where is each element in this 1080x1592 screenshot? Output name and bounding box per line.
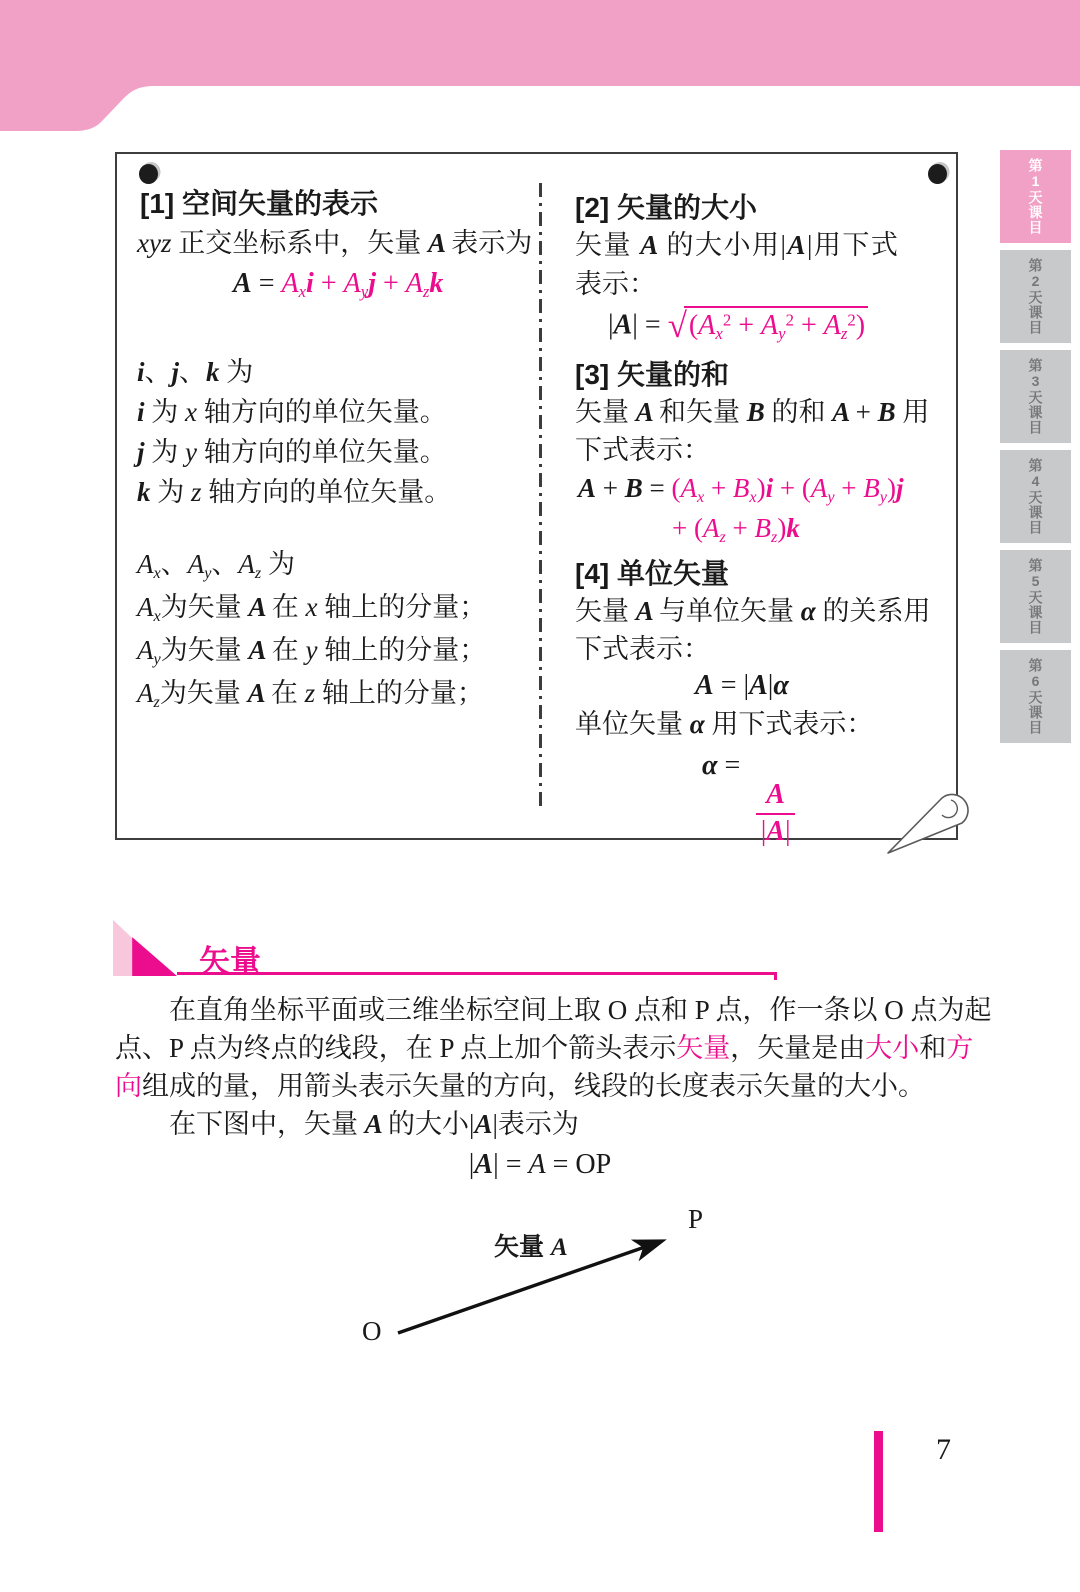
tab-day-2: 第2天课目 — [1000, 250, 1071, 343]
diagram-origin-label: O — [362, 1314, 382, 1349]
paragraph-line-1: 在直角坐标平面或三维坐标空间上取 O 点和 P 点，作一条以 O 点为起 — [169, 993, 992, 1028]
box-line-sum: 矢量 A 和矢量 B 的和 A + B 用 — [575, 395, 929, 430]
section-underline-tick — [774, 972, 777, 980]
tab-day-6: 第6天课目 — [1000, 650, 1071, 743]
formula-unit-vector: α = A|A| — [702, 748, 795, 848]
formula-magnitude-radicand: (Ax2 + Ay2 + Az2) — [684, 306, 868, 344]
formula-sum-line1: A + B = (Ax + Bx)i + (Ay + By)j — [578, 471, 903, 508]
binder-dot-left — [139, 164, 158, 184]
box-line-i: i 为 x 轴方向的单位矢量。 — [137, 395, 447, 430]
box-line-unit-2: 下式表示： — [575, 632, 710, 667]
section-underline — [177, 972, 776, 975]
fraction-numerator: A — [756, 779, 795, 814]
paragraph-line-4: 在下图中，矢量 A 的大小|A|表示为 — [169, 1107, 579, 1142]
formula-vector-components: A = Axi + Ayj + Azk — [233, 266, 443, 303]
box-line-xyz: xyz 正交坐标系中，矢量 A 表示为 — [137, 226, 532, 261]
tab-day-4: 第4天课目 — [1000, 450, 1071, 543]
box-heading-1: [1] 空间矢量的表示 — [140, 186, 378, 222]
box-line-sum-2: 下式表示： — [575, 433, 710, 468]
box-line-size: 矢量 A 的大小用|A|用下式 — [575, 228, 899, 263]
box-line-unit-3: 单位矢量 α 用下式表示： — [575, 707, 873, 742]
header-band — [0, 0, 1080, 132]
paragraph-line-2: 点、P 点为终点的线段，在 P 点上加个箭头表示矢量，矢量是由大小和方 — [115, 1031, 973, 1066]
tab-day-5: 第5天课目 — [1000, 550, 1071, 643]
tab-day-3: 第3天课目 — [1000, 350, 1071, 443]
box-line-j: j 为 y 轴方向的单位矢量。 — [137, 435, 447, 470]
box-line-az: Az为矢量 A 在 z 轴上的分量； — [137, 676, 484, 713]
box-heading-3: [3] 矢量的和 — [575, 357, 729, 393]
box-line-size-2: 表示： — [575, 267, 656, 302]
box-line-k: k 为 z 轴方向的单位矢量。 — [137, 475, 451, 510]
summary-box: [1] 空间矢量的表示 xyz 正交坐标系中，矢量 A 表示为 A = Axi … — [115, 152, 958, 840]
box-line-ay: Ay为矢量 A 在 y 轴上的分量； — [137, 633, 486, 670]
box-line-ax: Ax为矢量 A 在 x 轴上的分量； — [137, 590, 486, 627]
binder-dot-right — [928, 164, 947, 184]
formula-unit-relation: A = |A|α — [695, 668, 789, 704]
box-heading-2: [2] 矢量的大小 — [575, 190, 757, 226]
footer-accent-bar — [874, 1431, 883, 1532]
diagram-vector-label: 矢量 A — [494, 1231, 568, 1265]
box-heading-4: [4] 单位矢量 — [575, 556, 729, 592]
diagram-point-label: P — [688, 1202, 703, 1237]
formula-op: |A| = A = OP — [0, 1147, 1080, 1183]
section-marker — [113, 918, 177, 976]
tab-day-1: 第1天课目 — [1000, 150, 1071, 243]
box-line-unit: 矢量 A 与单位矢量 α 的关系用 — [575, 594, 930, 629]
page-number: 7 — [936, 1433, 951, 1467]
box-line-ijk: i、j、k 为 — [137, 355, 253, 390]
column-divider — [539, 183, 542, 808]
page-curl-icon — [878, 778, 970, 860]
fraction-denominator: |A| — [761, 815, 791, 848]
fraction: A|A| — [756, 779, 795, 847]
formula-sum-line2: + (Az + Bz)k — [672, 511, 800, 548]
formula-magnitude: |A| = √(Ax2 + Ay2 + Az2) — [608, 303, 868, 349]
box-line-axyz: Ax、Ay、Az 为 — [137, 547, 295, 584]
paragraph-line-3: 向组成的量，用箭头表示矢量的方向，线段的长度表示矢量的大小。 — [115, 1069, 925, 1104]
formula-unit-vector-lhs: α = — [702, 750, 747, 781]
formula-magnitude-lhs: |A| = — [608, 310, 668, 341]
